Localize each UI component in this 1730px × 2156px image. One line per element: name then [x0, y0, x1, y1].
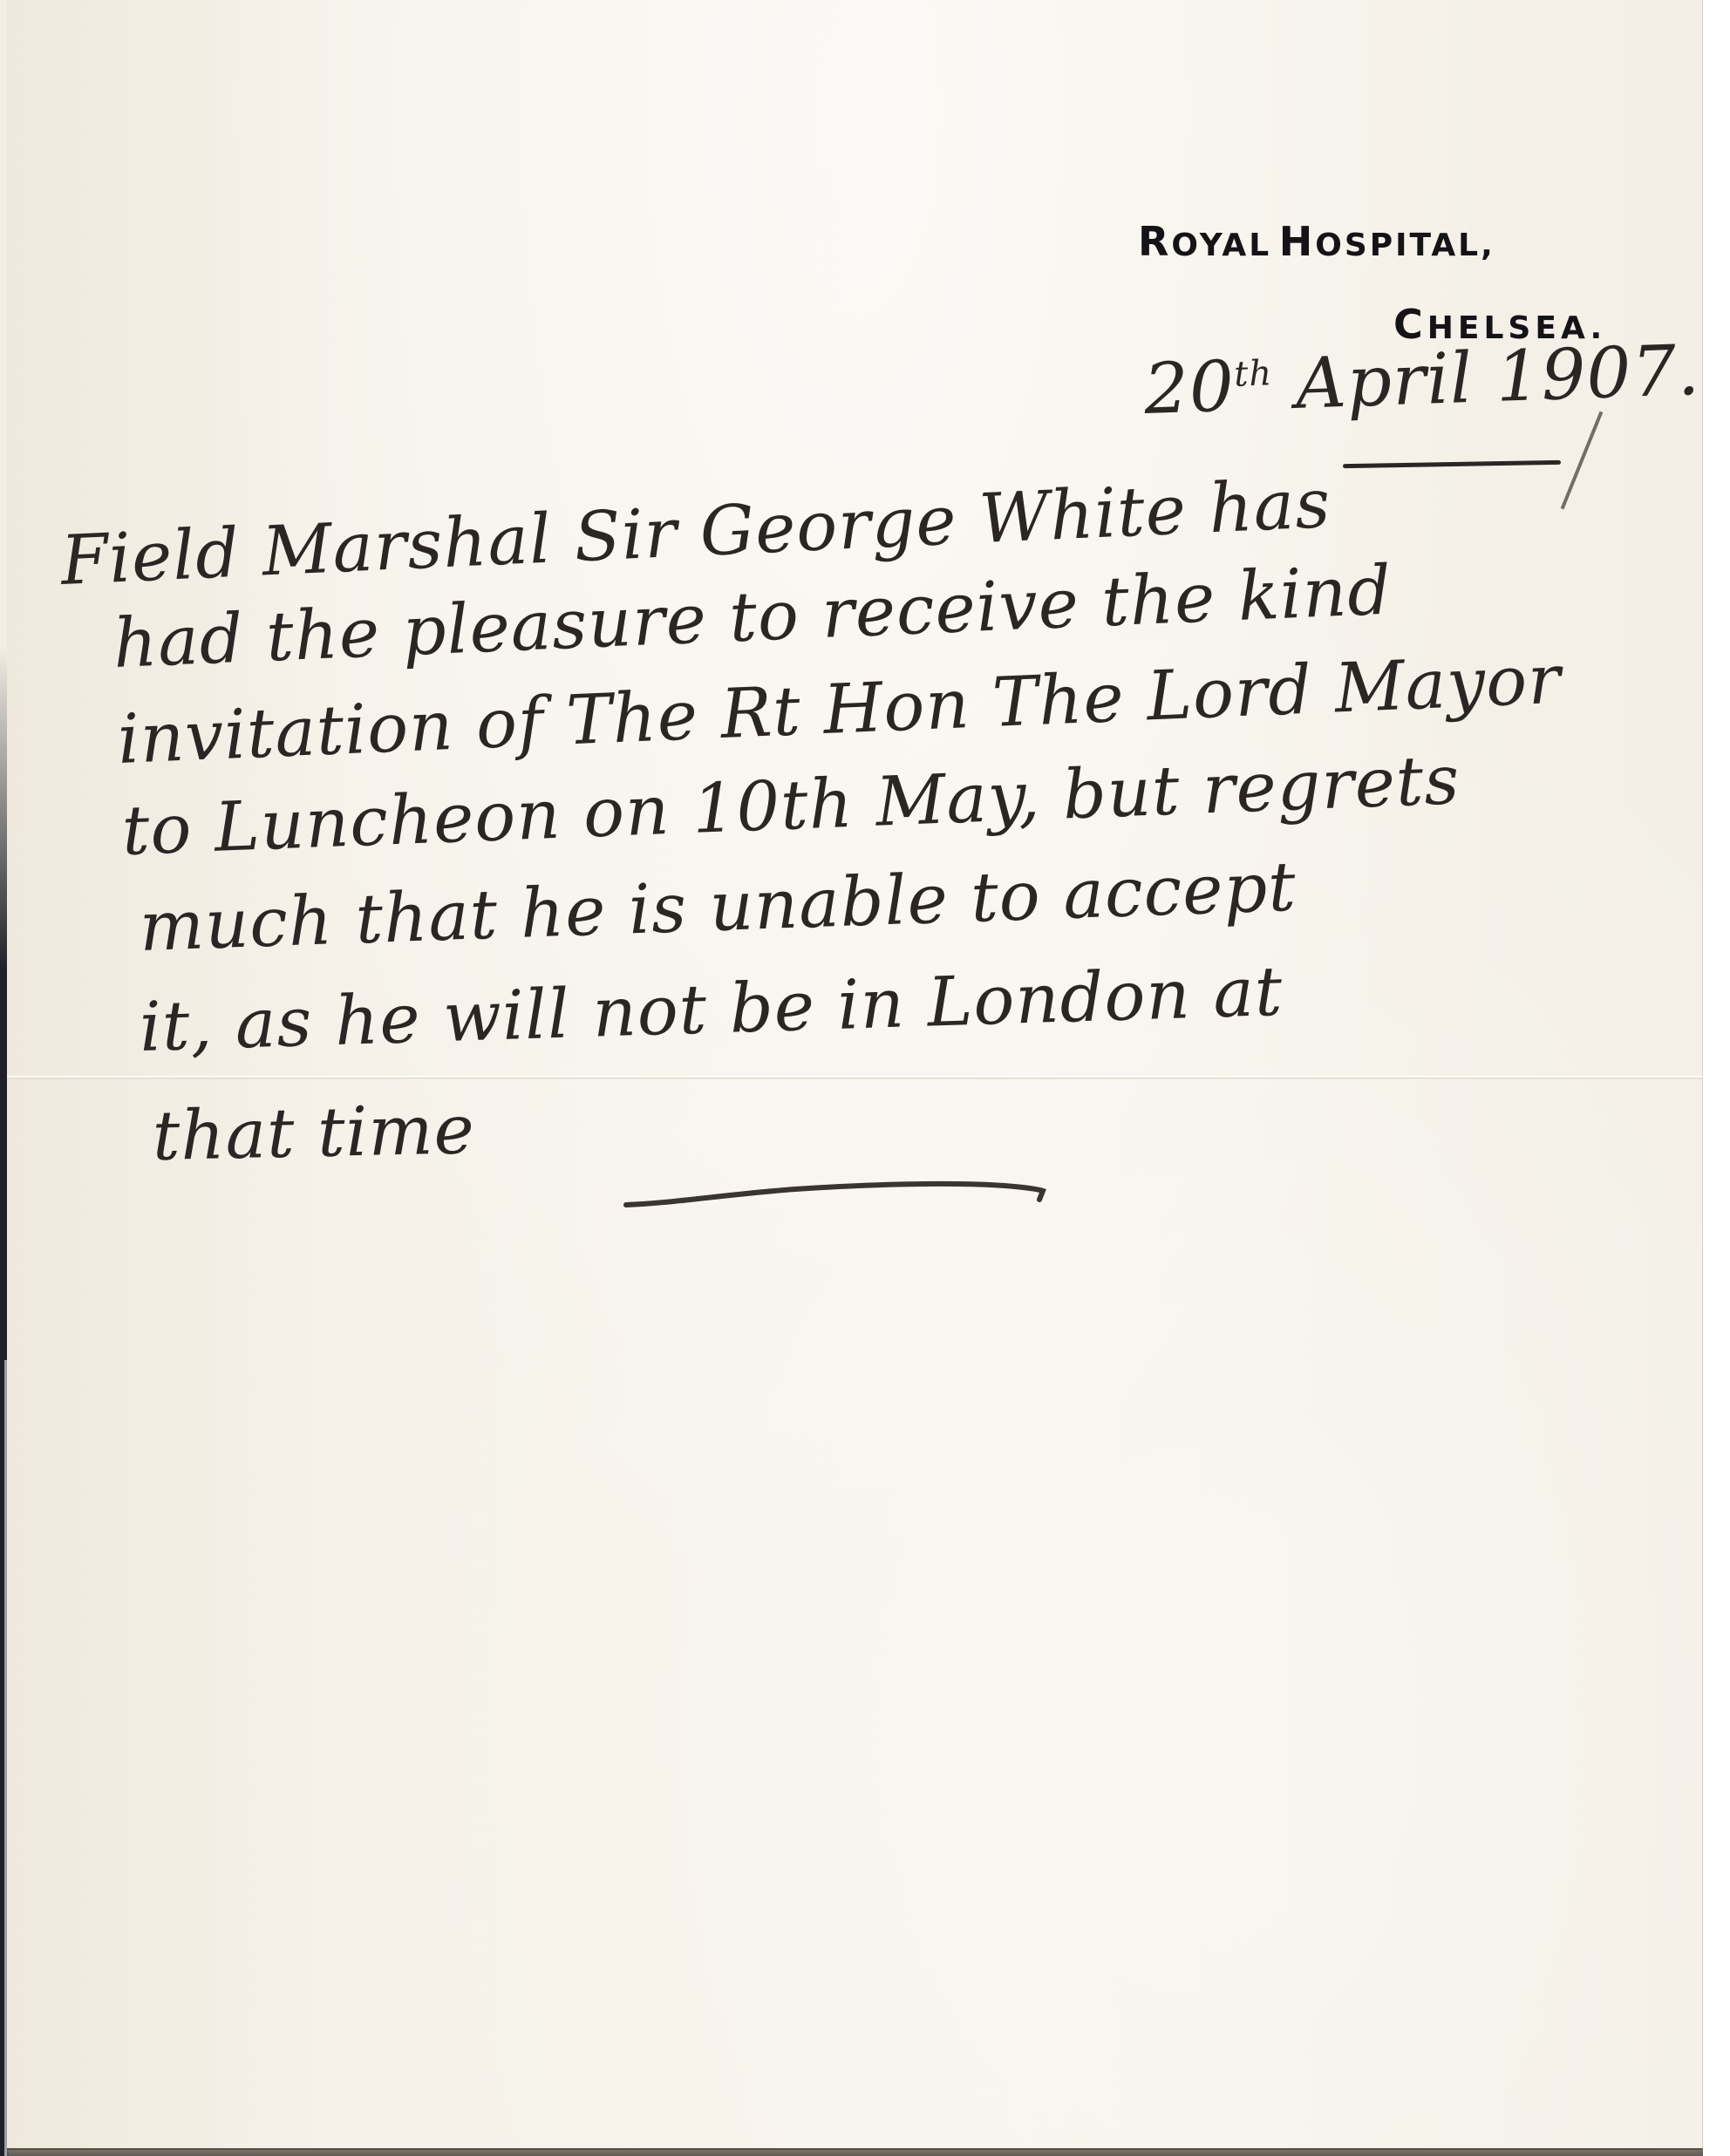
letter-body-line: that time: [152, 1096, 475, 1171]
date-ordinal: th: [1233, 353, 1272, 395]
closing-flourish-line: [621, 1177, 1048, 1212]
letterhead-word: OSPITAL,: [1315, 228, 1495, 263]
date-month: April: [1294, 337, 1475, 425]
date-day: 20: [1142, 345, 1236, 430]
date-year: 1907: [1495, 330, 1679, 418]
letterhead-word: OYAL: [1171, 228, 1271, 263]
letterhead-initial: H: [1279, 218, 1316, 265]
paper-fold-line: [7, 1076, 1703, 1079]
letterhead-royal-hospital: ROYAL HOSPITAL,: [1138, 218, 1495, 265]
date-period: .: [1676, 330, 1702, 411]
paper-bottom-edge: [7, 2148, 1703, 2156]
letterhead-initial: R: [1138, 218, 1171, 265]
